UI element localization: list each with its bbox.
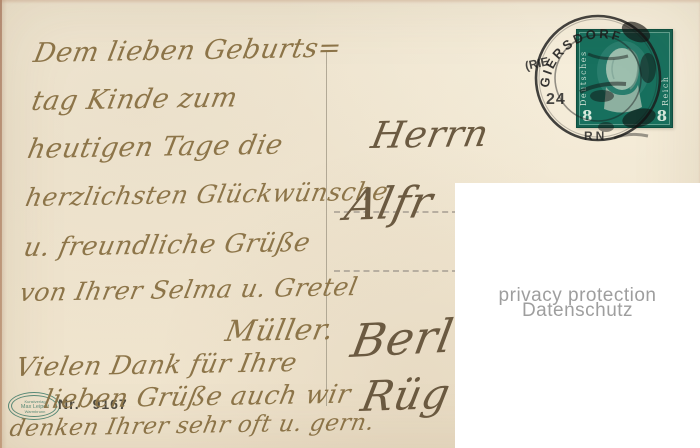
privacy-overlay: privacy protection Datenschutz <box>455 183 700 448</box>
divider-line <box>326 50 327 406</box>
address-salutation: Herrn <box>368 112 493 157</box>
address-region-fragment: Rüg <box>357 369 454 421</box>
privacy-line-2: Datenschutz <box>522 303 633 318</box>
message-line: heutigen Tage die <box>25 130 286 165</box>
message-line: Müller. <box>223 312 337 348</box>
message-line: herzlichsten Glückwünsche <box>23 177 391 212</box>
postmark-date-fragment: 24 <box>546 91 566 108</box>
address-name-fragment: Alfr <box>341 177 438 231</box>
message-line: Dem lieben Geburts= <box>31 33 344 69</box>
message-line: lieben Grüße auch wir <box>41 380 353 415</box>
message-line: denken Ihrer sehr oft u. gern. <box>7 410 376 442</box>
message-line: von Ihrer Selma u. Gretel <box>17 272 360 307</box>
message-line: tag Kinde zum <box>29 82 240 117</box>
message-line: u. freundliche Grüße <box>21 228 313 263</box>
postcard-scan: Kunstverlag Max Leipelt Warmbrunn Nr. 91… <box>0 0 700 448</box>
postmark: GIERSDORF (RIE 24 RN <box>518 6 682 154</box>
message-line: Vielen Dank für Ihre <box>13 348 300 383</box>
address-city-fragment: Berl <box>347 309 457 368</box>
